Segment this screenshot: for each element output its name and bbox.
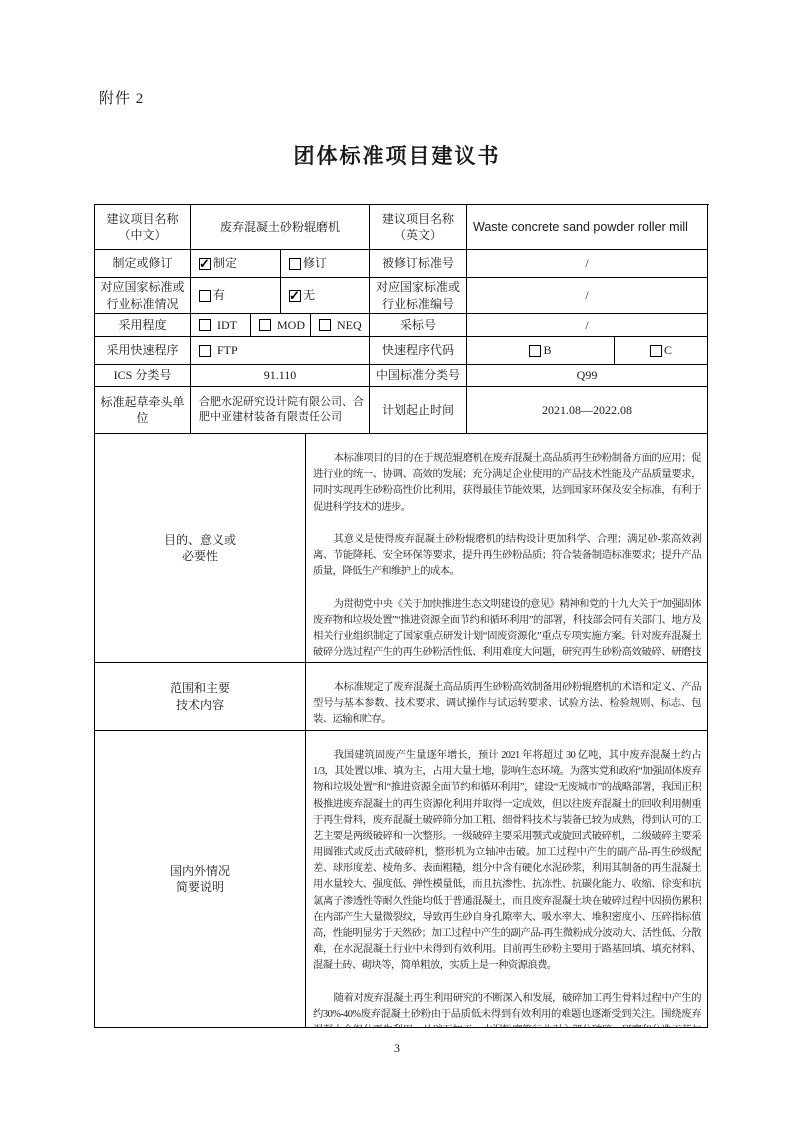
field-label-schedule: 计划起止时间 — [370, 387, 467, 434]
option-you: 有 — [191, 278, 281, 314]
row-project-name: 建议项目名称 （中文） 废弃混凝土砂粉辊磨机 建议项目名称 （英文） Waste… — [95, 205, 708, 250]
checkbox-label: B — [543, 342, 551, 358]
field-label-corresp: 对应国家标准或 行业标准情况 — [95, 278, 191, 314]
checkbox-label: NEQ — [337, 317, 362, 333]
checkbox-mod[interactable]: MOD — [259, 317, 305, 333]
field-label-adoption: 采用程度 — [95, 314, 191, 337]
option-idt: IDT — [191, 314, 251, 337]
checkbox-label: 有 — [213, 287, 225, 303]
checkbox-checked-icon[interactable] — [289, 290, 301, 302]
checkbox-idt[interactable]: IDT — [199, 317, 237, 333]
field-label-fast: 采用快速程序 — [95, 337, 191, 365]
checkbox-xiuding[interactable]: 修订 — [289, 255, 327, 271]
field-value-name-en: Waste concrete sand powder roller mill — [467, 205, 708, 250]
row-fast-procedure: 采用快速程序 FTP 快速程序代码 B C — [95, 337, 708, 365]
document-page: 附件 2 团体标准项目建议书 建议项目名称 （中文） 废弃混凝土砂粉辊磨机 建议… — [0, 0, 794, 1123]
field-label-name-en: 建议项目名称 （英文） — [370, 205, 467, 250]
checkbox-unchecked-icon[interactable] — [199, 319, 211, 331]
field-label-corresp-no: 对应国家标准或 行业标准编号 — [370, 278, 467, 314]
checkbox-unchecked-icon[interactable] — [259, 319, 271, 331]
field-label-drafter: 标准起草牵头单位 — [95, 387, 191, 434]
option-mod: MOD — [251, 314, 311, 337]
checkbox-label: FTP — [217, 342, 238, 358]
option-xiuding: 修订 — [281, 250, 370, 278]
checkbox-unchecked-icon[interactable] — [199, 290, 211, 302]
option-code-b: B — [467, 337, 615, 365]
row-drafter: 标准起草牵头单位 合肥水泥研究设计院有限公司、合肥中亚建材装备有限责任公司 计划… — [95, 387, 708, 434]
checkbox-you[interactable]: 有 — [199, 287, 225, 303]
field-value-name-cn: 废弃混凝土砂粉辊磨机 — [191, 205, 370, 250]
field-label-fast-code: 快速程序代码 — [370, 337, 467, 365]
page-title: 团体标准项目建议书 — [0, 140, 794, 170]
checkbox-ftp[interactable]: FTP — [199, 342, 238, 358]
checkbox-code-c[interactable]: C — [650, 342, 672, 358]
checkbox-checked-icon[interactable] — [199, 258, 211, 270]
page-number: 3 — [0, 1041, 794, 1056]
field-label-name-cn: 建议项目名称 （中文） — [95, 205, 191, 250]
option-zhiding: 制定 — [191, 250, 281, 278]
section-label-status: 国内外情况 简要说明 — [95, 731, 306, 1028]
checkbox-label: 修订 — [303, 255, 327, 271]
section-text-purpose: 本标准项目的目的在于规范辊磨机在废弃混凝土高品质再生砂粉制备方面的应用；促进行业… — [306, 434, 708, 663]
paragraph: 为贯彻党中央《关于加快推进生态文明建设的意见》精神和党的十九大关于“加强固体废弃… — [313, 597, 701, 663]
paragraph: 随着对废弃混凝土再生利用研究的不断深入和发展，破碎加工再生骨料过程中产生的约30… — [313, 991, 701, 1029]
checkbox-neq[interactable]: NEQ — [319, 317, 362, 333]
option-wu: 无 — [281, 278, 370, 314]
field-value-ccs: Q99 — [467, 365, 708, 387]
field-value-adoption-no: / — [467, 314, 708, 337]
paragraph: 我国建筑固废产生量逐年增长，预计 2021 年将超过 30 亿吨，其中废弃混凝土… — [313, 748, 701, 974]
checkbox-label: 制定 — [213, 255, 237, 271]
checkbox-code-b[interactable]: B — [529, 342, 551, 358]
checkbox-label: IDT — [217, 317, 237, 333]
proposal-table: 建议项目名称 （中文） 废弃混凝土砂粉辊磨机 建议项目名称 （英文） Waste… — [94, 204, 709, 1028]
row-status: 国内外情况 简要说明 我国建筑固废产生量逐年增长，预计 2021 年将超过 30… — [95, 731, 708, 1028]
paragraph: 其意义是使得废弃混凝土砂粉辊磨机的结构设计更加科学、合理；满足砂-浆高效剥离、节… — [313, 532, 701, 580]
checkbox-label: C — [664, 342, 672, 358]
paragraph: 本标准规定了废弃混凝土高品质再生砂粉高效制备用砂粉辊磨机的术语和定义、产品型号与… — [313, 680, 701, 728]
field-label-revised-std: 被修订标准号 — [370, 250, 467, 278]
section-label-scope: 范围和主要 技术内容 — [95, 663, 306, 731]
checkbox-unchecked-icon[interactable] — [199, 345, 211, 357]
row-revise: 制定或修订 制定 修订 被修订标准号 / — [95, 250, 708, 278]
row-purpose: 目的、意义或 必要性 本标准项目的目的在于规范辊磨机在废弃混凝土高品质再生砂粉制… — [95, 434, 708, 663]
field-value-schedule: 2021.08—2022.08 — [467, 387, 708, 434]
field-value-revised-std: / — [467, 250, 708, 278]
row-ics: ICS 分类号 91.110 中国标准分类号 Q99 — [95, 365, 708, 387]
checkbox-unchecked-icon[interactable] — [319, 319, 331, 331]
checkbox-unchecked-icon[interactable] — [289, 258, 301, 270]
row-adoption-degree: 采用程度 IDT MOD NEQ 采标号 / — [95, 314, 708, 337]
checkbox-zhiding[interactable]: 制定 — [199, 255, 237, 271]
option-code-c: C — [615, 337, 708, 365]
attachment-label: 附件 2 — [99, 87, 144, 108]
checkbox-unchecked-icon[interactable] — [650, 345, 662, 357]
row-corresponding-standard: 对应国家标准或 行业标准情况 有 无 对应国家标准或 行业标准编号 / — [95, 278, 708, 314]
checkbox-unchecked-icon[interactable] — [529, 345, 541, 357]
field-value-corresp-no: / — [467, 278, 708, 314]
section-label-purpose: 目的、意义或 必要性 — [95, 434, 306, 663]
row-scope: 范围和主要 技术内容 本标准规定了废弃混凝土高品质再生砂粉高效制备用砂粉辊磨机的… — [95, 663, 708, 731]
field-label-adoption-no: 采标号 — [370, 314, 467, 337]
checkbox-label: MOD — [277, 317, 305, 333]
checkbox-label: 无 — [303, 287, 315, 303]
paragraph: 本标准项目的目的在于规范辊磨机在废弃混凝土高品质再生砂粉制备方面的应用；促进行业… — [313, 451, 701, 516]
section-text-scope: 本标准规定了废弃混凝土高品质再生砂粉高效制备用砂粉辊磨机的术语和定义、产品型号与… — [306, 663, 708, 731]
field-value-ics: 91.110 — [191, 365, 370, 387]
checkbox-wu[interactable]: 无 — [289, 287, 315, 303]
field-label-ccs: 中国标准分类号 — [370, 365, 467, 387]
field-value-drafter: 合肥水泥研究设计院有限公司、合肥中亚建材装备有限责任公司 — [191, 387, 370, 434]
field-label-ics: ICS 分类号 — [95, 365, 191, 387]
section-text-status: 我国建筑固废产生量逐年增长，预计 2021 年将超过 30 亿吨，其中废弃混凝土… — [306, 731, 708, 1028]
field-label-revise: 制定或修订 — [95, 250, 191, 278]
option-ftp: FTP — [191, 337, 370, 365]
option-neq: NEQ — [311, 314, 370, 337]
